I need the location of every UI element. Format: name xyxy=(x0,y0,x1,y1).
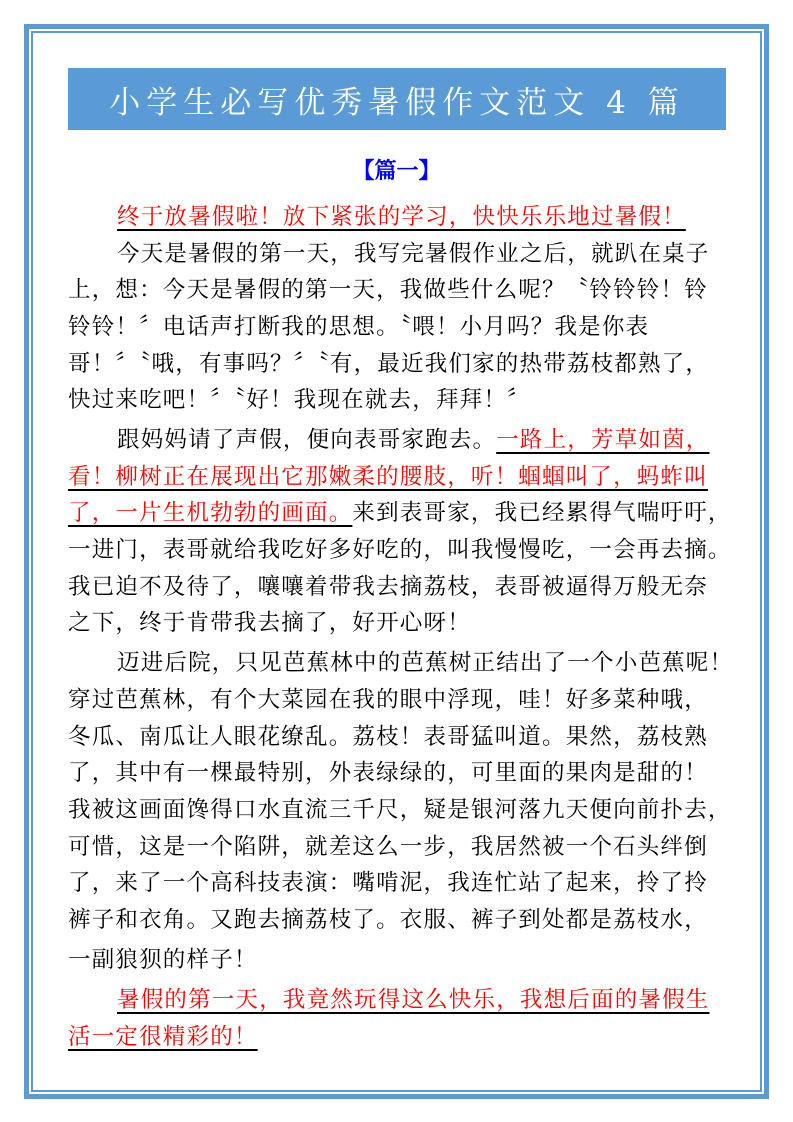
essay-line: 暑假的第一天，我竟然玩得这么快乐，我想后面的暑假生 xyxy=(68,982,728,1018)
essay-line: 了，一片生机勃勃的画面。来到表哥家，我已经累得气喘吁吁， xyxy=(68,495,728,531)
body-text: 可惜，这是一个陷阱，就差这么一步，我居然被一个石头绊倒 xyxy=(68,834,708,860)
body-text: 裤子和衣角。又跑去摘荔枝了。衣服、裤子到处都是荔枝水， xyxy=(68,907,708,933)
body-text: 迈进后院，只见芭蕉林中的芭蕉树正结出了一个小芭蕉呢！ xyxy=(117,650,733,676)
body-text: 来到表哥家，我已经累得气喘吁吁， xyxy=(352,500,731,526)
body-text: 了，来了一个高科技表演：嘴啃泥，我连忙站了起来，拎了拎 xyxy=(68,870,708,896)
highlighted-text: 了，一片生机勃勃的画面。 xyxy=(68,500,352,526)
body-text: 一副狼狈的样子！ xyxy=(68,947,258,973)
body-text: 上，想：今天是暑假的第一天，我做些什么呢？〝铃铃铃！铃 xyxy=(68,277,708,303)
highlighted-text: 看！柳树正在展现出它那嫩柔的腰肢，听！蝈蝈叫了，蚂蚱叫 xyxy=(68,464,708,490)
essay-line: 铃铃！〞电话声打断我的思想。〝喂！小月吗？我是你表 xyxy=(68,309,728,345)
document-title-banner: 小学生必写优秀暑假作文范文 4 篇 xyxy=(68,68,726,130)
essay-line: 裤子和衣角。又跑去摘荔枝了。衣服、裤子到处都是荔枝水， xyxy=(68,902,728,938)
highlighted-text: 暑假的第一天，我竟然玩得这么快乐，我想后面的暑假生 xyxy=(117,987,710,1013)
essay-line: 我被这画面馋得口水直流三千尺，疑是银河落九天便向前扑去， xyxy=(68,792,728,828)
body-text: 我被这画面馋得口水直流三千尺，疑是银河落九天便向前扑去， xyxy=(68,797,732,823)
highlighted-text: 一路上，芳草如茵， xyxy=(496,427,709,453)
body-text: 跟妈妈请了声假，便向表哥家跑去。 xyxy=(117,427,496,453)
essay-line: 终于放暑假啦！放下紧张的学习，快快乐乐地过暑假！ xyxy=(68,199,728,235)
essay-line: 可惜，这是一个陷阱，就差这么一步，我居然被一个石头绊倒 xyxy=(68,829,728,865)
essay-line: 跟妈妈请了声假，便向表哥家跑去。一路上，芳草如茵， xyxy=(68,422,728,458)
document-title: 小学生必写优秀暑假作文范文 4 篇 xyxy=(109,77,684,122)
essay-line: 今天是暑假的第一天，我写完暑假作业之后，就趴在桌子 xyxy=(68,236,728,272)
essay-line: 一进门，表哥就给我吃好多好吃的，叫我慢慢吃，一会再去摘。 xyxy=(68,532,728,568)
body-text: 今天是暑假的第一天，我写完暑假作业之后，就趴在桌子 xyxy=(117,241,710,267)
essay-line: 上，想：今天是暑假的第一天，我做些什么呢？〝铃铃铃！铃 xyxy=(68,272,728,308)
essay-line: 一副狼狈的样子！ xyxy=(68,942,728,978)
essay-line: 穿过芭蕉林，有个大菜园在我的眼中浮现，哇！好多菜种哦， xyxy=(68,682,728,718)
body-text: 穿过芭蕉林，有个大菜园在我的眼中浮现，哇！好多菜种哦， xyxy=(68,687,708,713)
highlighted-text: 终于放暑假啦！放下紧张的学习，快快乐乐地过暑假！ xyxy=(117,204,686,230)
essay-line: 活一定很精彩的！ xyxy=(68,1019,728,1055)
highlighted-text: 活一定很精彩的！ xyxy=(68,1024,258,1050)
essay-line: 哥！〞〝哦，有事吗？〞〝有，最近我们家的热带荔枝都熟了， xyxy=(68,346,728,382)
essay-line: 冬瓜、南瓜让人眼花缭乱。荔枝！表哥猛叫道。果然，荔枝熟 xyxy=(68,719,728,755)
essay-line: 了，来了一个高科技表演：嘴啃泥，我连忙站了起来，拎了拎 xyxy=(68,865,728,901)
body-text: 冬瓜、南瓜让人眼花缭乱。荔枝！表哥猛叫道。果然，荔枝熟 xyxy=(68,724,708,750)
essay-line: 看！柳树正在展现出它那嫩柔的腰肢，听！蝈蝈叫了，蚂蚱叫 xyxy=(68,459,728,495)
body-text: 哥！〞〝哦，有事吗？〞〝有，最近我们家的热带荔枝都熟了， xyxy=(68,351,709,377)
body-text: 之下，终于肯带我去摘了，好开心呀！ xyxy=(68,610,471,636)
body-text: 我已迫不及待了，嚷嚷着带我去摘荔枝，表哥被逼得万般无奈 xyxy=(68,574,708,600)
essay-line: 之下，终于肯带我去摘了，好开心呀！ xyxy=(68,605,728,641)
essay-line: 迈进后院，只见芭蕉林中的芭蕉树正结出了一个小芭蕉呢！ xyxy=(68,645,728,681)
body-text: 铃铃！〞电话声打断我的思想。〝喂！小月吗？我是你表 xyxy=(68,314,649,340)
body-text: 快过来吃吧！〞〝好！我现在就去，拜拜！〞 xyxy=(68,387,531,413)
section-heading: 【篇一】 xyxy=(0,157,793,187)
body-text: 了，其中有一棵最特别，外表绿绿的，可里面的果肉是甜的！ xyxy=(68,760,708,786)
body-text: 一进门，表哥就给我吃好多好吃的，叫我慢慢吃，一会再去摘。 xyxy=(68,537,732,563)
essay-line: 快过来吃吧！〞〝好！我现在就去，拜拜！〞 xyxy=(68,382,728,418)
essay-line: 我已迫不及待了，嚷嚷着带我去摘荔枝，表哥被逼得万般无奈 xyxy=(68,569,728,605)
essay-line: 了，其中有一棵最特别，外表绿绿的，可里面的果肉是甜的！ xyxy=(68,755,728,791)
